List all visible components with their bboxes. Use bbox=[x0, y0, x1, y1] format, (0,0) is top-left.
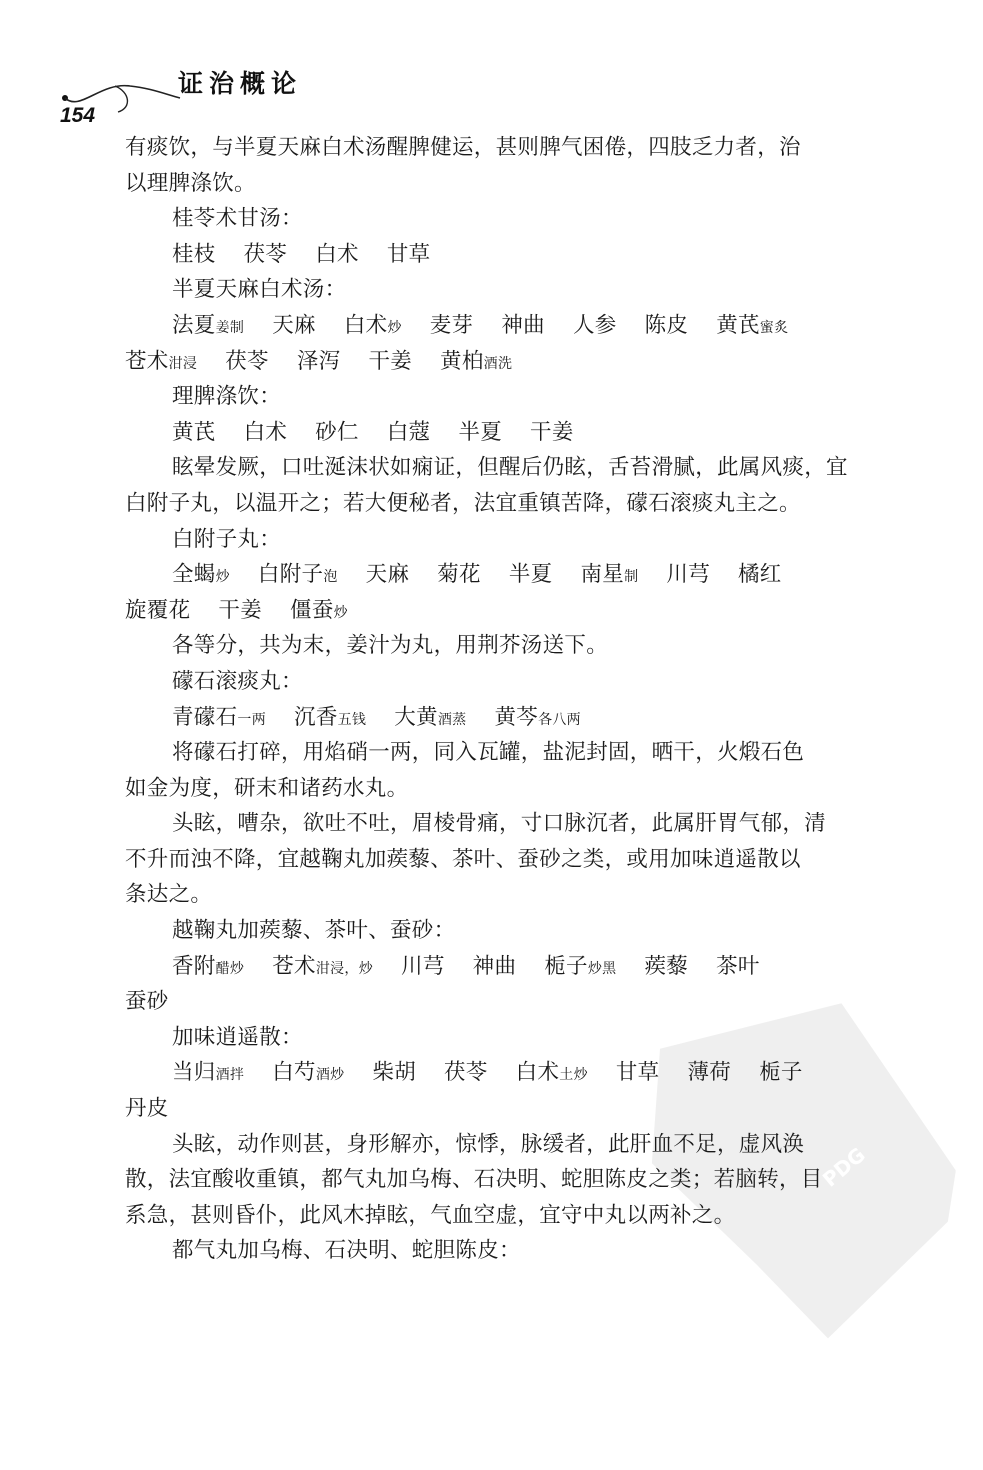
herb-item: 香附醋炒 bbox=[172, 954, 244, 979]
herb-name: 白术 bbox=[244, 420, 288, 445]
herb-item: 白附子泡 bbox=[258, 562, 338, 587]
herb-list: 丹皮 bbox=[125, 1091, 903, 1127]
herb-preparation-note: 制 bbox=[624, 569, 638, 585]
herb-name: 茯苓 bbox=[225, 349, 269, 374]
herb-list: 香附醋炒苍术泔浸，炒川芎神曲栀子炒黑蒺藜茶叶 bbox=[125, 949, 903, 985]
herb-item: 蒺藜 bbox=[644, 954, 688, 979]
herb-item: 神曲 bbox=[501, 313, 545, 338]
herb-name: 南星 bbox=[580, 562, 624, 587]
herb-name: 全蝎 bbox=[172, 562, 216, 587]
herb-item: 干姜 bbox=[218, 598, 262, 623]
page-number: 154 bbox=[60, 104, 95, 128]
herb-list: 法夏姜制天麻白术炒麦芽神曲人参陈皮黄芪蜜炙 bbox=[125, 308, 903, 344]
formula-title: 都气丸加乌梅、石决明、蛇胆陈皮： bbox=[125, 1233, 903, 1269]
formula-title: 半夏天麻白术汤： bbox=[125, 272, 903, 308]
herb-item: 神曲 bbox=[473, 954, 517, 979]
herb-preparation-note: 各八两 bbox=[538, 712, 581, 728]
herb-item: 白蔻 bbox=[387, 420, 431, 445]
herb-preparation-note: 炒 bbox=[387, 320, 401, 336]
herb-name: 天麻 bbox=[272, 313, 316, 338]
herb-name: 川芎 bbox=[401, 954, 445, 979]
herb-name: 白蔻 bbox=[387, 420, 431, 445]
herb-name: 白术 bbox=[344, 313, 388, 338]
formula-title: 桂苓术甘汤： bbox=[125, 201, 903, 237]
herb-item: 甘草 bbox=[387, 242, 431, 267]
herb-name: 人参 bbox=[573, 313, 617, 338]
herb-preparation-note: 炒 bbox=[334, 605, 348, 621]
herb-preparation-note: 炒黑 bbox=[588, 961, 617, 977]
herb-preparation-note: 五钱 bbox=[338, 712, 367, 728]
herb-name: 神曲 bbox=[501, 313, 545, 338]
herb-list: 旋覆花干姜僵蚕炒 bbox=[125, 593, 903, 629]
paragraph-line: 不升而浊不降，宜越鞠丸加蒺藜、茶叶、蚕砂之类，或用加味逍遥散以 bbox=[125, 842, 903, 878]
herb-item: 泽泻 bbox=[297, 349, 341, 374]
herb-name: 干姜 bbox=[368, 349, 412, 374]
herb-item: 人参 bbox=[573, 313, 617, 338]
herb-item: 麦芽 bbox=[430, 313, 474, 338]
formula-title: 礞石滚痰丸： bbox=[125, 664, 903, 700]
herb-name: 黄芪 bbox=[172, 420, 216, 445]
herb-name: 苍术 bbox=[272, 954, 316, 979]
herb-item: 黄柏酒洗 bbox=[440, 349, 512, 374]
herb-item: 干姜 bbox=[368, 349, 412, 374]
formula-method: 将礞石打碎，用焰硝一两，同入瓦罐，盐泥封固，晒干，火煅石色 bbox=[125, 735, 903, 771]
formula-title: 理脾涤饮： bbox=[125, 379, 903, 415]
herb-name: 沉香 bbox=[294, 705, 338, 730]
herb-name: 薄荷 bbox=[687, 1060, 731, 1085]
herb-item: 栀子 bbox=[759, 1060, 803, 1085]
page-body: 有痰饮，与半夏天麻白术汤醒脾健运，甚则脾气困倦，四肢乏力者，治 以理脾涤饮。 桂… bbox=[125, 130, 903, 1269]
herb-item: 菊花 bbox=[437, 562, 481, 587]
herb-item: 白芍酒炒 bbox=[272, 1060, 344, 1085]
herb-name: 苍术 bbox=[125, 349, 169, 374]
herb-list: 黄芪白术砂仁白蔻半夏干姜 bbox=[125, 415, 903, 451]
herb-name: 甘草 bbox=[387, 242, 431, 267]
paragraph-line: 以理脾涤饮。 bbox=[125, 166, 903, 202]
herb-name: 干姜 bbox=[530, 420, 574, 445]
formula-title: 加味逍遥散： bbox=[125, 1020, 903, 1056]
herb-name: 砂仁 bbox=[315, 420, 359, 445]
herb-item: 干姜 bbox=[530, 420, 574, 445]
herb-name: 柴胡 bbox=[372, 1060, 416, 1085]
herb-item: 茯苓 bbox=[444, 1060, 488, 1085]
herb-list: 蚕砂 bbox=[125, 984, 903, 1020]
herb-name: 天麻 bbox=[366, 562, 410, 587]
herb-preparation-note: 醋炒 bbox=[216, 961, 245, 977]
herb-item: 黄芪蜜炙 bbox=[716, 313, 788, 338]
herb-item: 白术 bbox=[244, 420, 288, 445]
herb-preparation-note: 泡 bbox=[323, 569, 337, 585]
herb-preparation-note: 酒洗 bbox=[484, 356, 513, 372]
herb-item: 黄芩各八两 bbox=[494, 705, 581, 730]
herb-name: 青礞石 bbox=[172, 705, 237, 730]
herb-name: 神曲 bbox=[473, 954, 517, 979]
paragraph-line: 眩晕发厥，口吐涎沫状如痫证，但醒后仍眩，舌苔滑腻，此属风痰，宜 bbox=[125, 450, 903, 486]
herb-name: 茯苓 bbox=[244, 242, 288, 267]
herb-name: 半夏 bbox=[458, 420, 502, 445]
herb-item: 黄芪 bbox=[172, 420, 216, 445]
herb-name: 泽泻 bbox=[297, 349, 341, 374]
page-header: 证治概论 154 bbox=[60, 62, 360, 132]
running-title: 证治概论 bbox=[178, 64, 302, 100]
herb-item: 桂枝 bbox=[172, 242, 216, 267]
herb-name: 香附 bbox=[172, 954, 216, 979]
herb-item: 白术土炒 bbox=[516, 1060, 588, 1085]
formula-title: 白附子丸： bbox=[125, 522, 903, 558]
herb-name: 栀子 bbox=[759, 1060, 803, 1085]
herb-name: 丹皮 bbox=[125, 1096, 169, 1121]
herb-item: 旋覆花 bbox=[125, 598, 190, 623]
herb-item: 橘红 bbox=[738, 562, 782, 587]
herb-name: 白附子 bbox=[258, 562, 323, 587]
herb-name: 黄芩 bbox=[494, 705, 538, 730]
herb-name: 法夏 bbox=[172, 313, 216, 338]
herb-item: 白术炒 bbox=[344, 313, 402, 338]
herb-name: 蚕砂 bbox=[125, 989, 169, 1014]
herb-name: 栀子 bbox=[544, 954, 588, 979]
herb-item: 苍术泔浸，炒 bbox=[272, 954, 373, 979]
herb-preparation-note: 姜制 bbox=[216, 320, 245, 336]
paragraph-line: 白附子丸，以温开之；若大便秘者，法宜重镇苦降，礞石滚痰丸主之。 bbox=[125, 486, 903, 522]
herb-item: 半夏 bbox=[458, 420, 502, 445]
herb-preparation-note: 泔浸，炒 bbox=[316, 961, 373, 977]
herb-name: 桂枝 bbox=[172, 242, 216, 267]
herb-preparation-note: 酒蒸 bbox=[438, 712, 467, 728]
herb-list: 桂枝茯苓白术甘草 bbox=[125, 237, 903, 273]
herb-name: 白术 bbox=[315, 242, 359, 267]
herb-item: 陈皮 bbox=[645, 313, 689, 338]
formula-method: 如金为度，研末和诸药水丸。 bbox=[125, 771, 903, 807]
herb-item: 柴胡 bbox=[372, 1060, 416, 1085]
herb-item: 天麻 bbox=[366, 562, 410, 587]
herb-item: 蚕砂 bbox=[125, 989, 169, 1014]
herb-preparation-note: 泔浸 bbox=[169, 356, 198, 372]
herb-name: 黄柏 bbox=[440, 349, 484, 374]
herb-item: 白术 bbox=[315, 242, 359, 267]
herb-preparation-note: 酒拌 bbox=[216, 1067, 245, 1083]
herb-name: 白芍 bbox=[272, 1060, 316, 1085]
herb-item: 茶叶 bbox=[716, 954, 760, 979]
herb-name: 半夏 bbox=[509, 562, 553, 587]
herb-preparation-note: 蜜炙 bbox=[760, 320, 789, 336]
herb-name: 川芎 bbox=[666, 562, 710, 587]
herb-item: 薄荷 bbox=[687, 1060, 731, 1085]
herb-item: 茯苓 bbox=[225, 349, 269, 374]
herb-name: 当归 bbox=[172, 1060, 216, 1085]
herb-item: 半夏 bbox=[509, 562, 553, 587]
paragraph-line: 有痰饮，与半夏天麻白术汤醒脾健运，甚则脾气困倦，四肢乏力者，治 bbox=[125, 130, 903, 166]
herb-item: 天麻 bbox=[272, 313, 316, 338]
herb-name: 僵蚕 bbox=[290, 598, 334, 623]
herb-name: 甘草 bbox=[616, 1060, 660, 1085]
herb-item: 法夏姜制 bbox=[172, 313, 244, 338]
herb-item: 栀子炒黑 bbox=[544, 954, 616, 979]
herb-name: 陈皮 bbox=[645, 313, 689, 338]
paragraph-line: 头眩，嘈杂，欲吐不吐，眉棱骨痛，寸口脉沉者，此属肝胃气郁，清 bbox=[125, 806, 903, 842]
formula-method: 各等分，共为末，姜汁为丸，用荆芥汤送下。 bbox=[125, 628, 903, 664]
herb-item: 川芎 bbox=[401, 954, 445, 979]
herb-item: 甘草 bbox=[616, 1060, 660, 1085]
herb-name: 茯苓 bbox=[444, 1060, 488, 1085]
herb-preparation-note: 土炒 bbox=[559, 1067, 588, 1083]
paragraph-line: 散，法宜酸收重镇，都气丸加乌梅、石决明、蛇胆陈皮之类；若脑转，目 bbox=[125, 1162, 903, 1198]
herb-preparation-note: 酒炒 bbox=[316, 1067, 345, 1083]
formula-title: 越鞠丸加蒺藜、茶叶、蚕砂： bbox=[125, 913, 903, 949]
herb-name: 黄芪 bbox=[716, 313, 760, 338]
herb-list: 全蝎炒白附子泡天麻菊花半夏南星制川芎橘红 bbox=[125, 557, 903, 593]
herb-item: 僵蚕炒 bbox=[290, 598, 348, 623]
herb-name: 茶叶 bbox=[716, 954, 760, 979]
herb-preparation-note: 一两 bbox=[237, 712, 266, 728]
herb-name: 蒺藜 bbox=[644, 954, 688, 979]
herb-item: 青礞石一两 bbox=[172, 705, 266, 730]
herb-item: 丹皮 bbox=[125, 1096, 169, 1121]
paragraph-line: 头眩，动作则甚，身形解亦，惊悸，脉缓者，此肝血不足，虚风涣 bbox=[125, 1127, 903, 1163]
paragraph-line: 系急，甚则昏仆，此风木掉眩，气血空虚，宜守中丸以两补之。 bbox=[125, 1198, 903, 1234]
herb-item: 当归酒拌 bbox=[172, 1060, 244, 1085]
herb-name: 旋覆花 bbox=[125, 598, 190, 623]
herb-item: 大黄酒蒸 bbox=[394, 705, 466, 730]
paragraph-line: 条达之。 bbox=[125, 877, 903, 913]
herb-item: 茯苓 bbox=[244, 242, 288, 267]
herb-item: 沉香五钱 bbox=[294, 705, 366, 730]
herb-item: 南星制 bbox=[580, 562, 638, 587]
herb-item: 砂仁 bbox=[315, 420, 359, 445]
herb-item: 全蝎炒 bbox=[172, 562, 230, 587]
herb-name: 白术 bbox=[516, 1060, 560, 1085]
herb-preparation-note: 炒 bbox=[216, 569, 230, 585]
herb-list: 苍术泔浸茯苓泽泻干姜黄柏酒洗 bbox=[125, 344, 903, 380]
herb-name: 大黄 bbox=[394, 705, 438, 730]
herb-name: 麦芽 bbox=[430, 313, 474, 338]
herb-item: 川芎 bbox=[666, 562, 710, 587]
herb-name: 菊花 bbox=[437, 562, 481, 587]
herb-item: 苍术泔浸 bbox=[125, 349, 197, 374]
herb-name: 干姜 bbox=[218, 598, 262, 623]
herb-list: 当归酒拌白芍酒炒柴胡茯苓白术土炒甘草薄荷栀子 bbox=[125, 1055, 903, 1091]
herb-name: 橘红 bbox=[738, 562, 782, 587]
herb-list: 青礞石一两沉香五钱大黄酒蒸黄芩各八两 bbox=[125, 700, 903, 736]
